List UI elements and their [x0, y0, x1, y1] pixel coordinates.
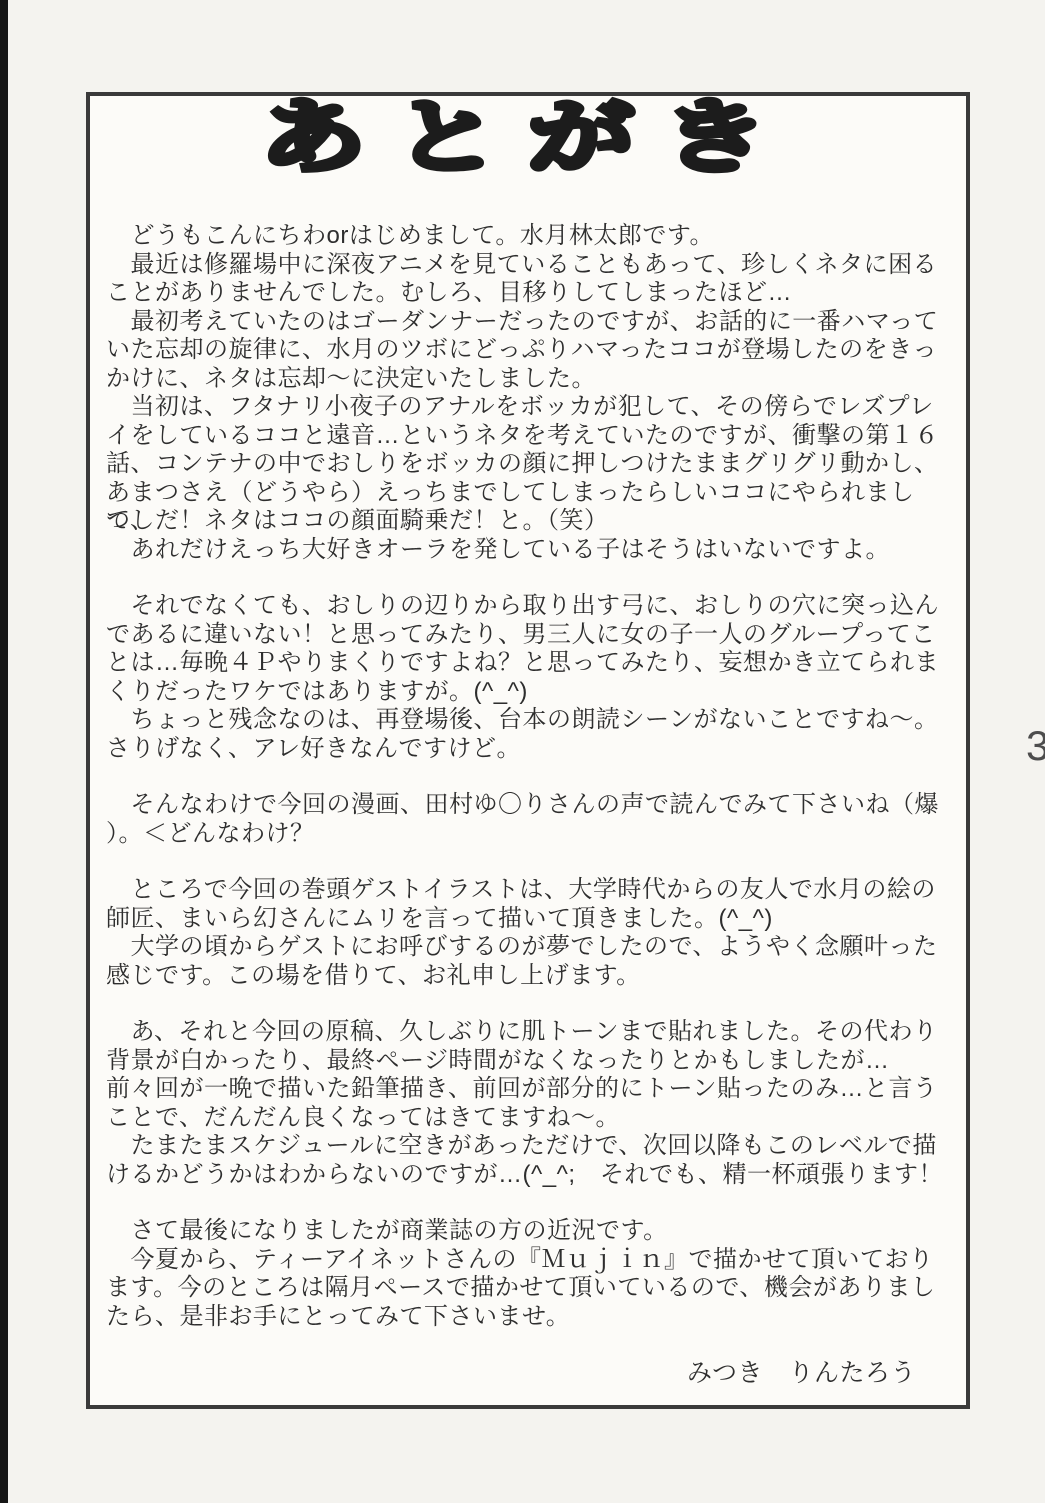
- text-line: かけに、ネタは忘却〜に決定いたしました。: [106, 365, 958, 394]
- text-line: さりげなく、アレ好きなんですけど。: [106, 735, 958, 764]
- afterword-paragraph: ところで今回の巻頭ゲストイラストは、大学時代からの友人で水月の絵の 師匠、まいら…: [106, 876, 958, 990]
- afterword-paragraph: それでなくても、おしりの辺りから取り出す弓に、おしりの穴に突っ込ん であるに違い…: [106, 592, 958, 763]
- text-line: つしだ！ネタはココの顔面騎乗だ！と。（笑）: [106, 507, 958, 536]
- afterword-paragraph: そんなわけで今回の漫画、田村ゆ〇りさんの声で読んでみて下さいね（爆 ）。＜どんな…: [106, 791, 958, 848]
- text-line: あれだけえっち大好きオーラを発している子はそうはいないですよ。: [106, 536, 958, 565]
- text-line: 背景が白かったり、最終ページ時間がなくなったりとかもしましたが…: [106, 1047, 958, 1076]
- afterword-paragraph: あ、それと今回の原稿、久しぶりに肌トーンまで貼れました。その代わり 背景が白かっ…: [106, 1018, 958, 1189]
- text-line: とは…毎晩４Ｐやりまくりですよね？と思ってみたり、妄想かき立てられま: [106, 649, 958, 678]
- text-line: あまつさえ（どうやら）えっちまでしてしまったらしいココにやられまして、: [106, 479, 958, 508]
- text-line: ところで今回の巻頭ゲストイラストは、大学時代からの友人で水月の絵の: [106, 876, 958, 905]
- text-line: 大学の頃からゲストにお呼びするのが夢でしたので、ようやく念願叶った: [106, 933, 958, 962]
- text-line: 感じです。この場を借りて、お礼申し上げます。: [106, 962, 958, 991]
- text-line: 話、コンテナの中でおしりをボッカの顔に押しつけたままグリグリ動かし、: [106, 450, 958, 479]
- text-line: たら、是非お手にとってみて下さいませ。: [106, 1303, 958, 1332]
- text-line: ）。＜どんなわけ？: [106, 820, 958, 849]
- afterword-frame: あとがき どうもこんにちわorはじめまして。水月林太郎です。 最近は修羅場中に深…: [86, 92, 970, 1409]
- text-line: ちょっと残念なのは、再登場後、台本の朗読シーンがないことですね〜。: [106, 706, 958, 735]
- text-line: 前々回が一晩で描いた鉛筆描き、前回が部分的にトーン貼ったのみ…と言う: [106, 1075, 958, 1104]
- text-line: 最初考えていたのはゴーダンナーだったのですが、お話的に一番ハマって: [106, 308, 958, 337]
- text-line: それでなくても、おしりの辺りから取り出す弓に、おしりの穴に突っ込ん: [106, 592, 958, 621]
- text-line: 当初は、フタナリ小夜子のアナルをボッカが犯して、その傍らでレズプレ: [106, 393, 958, 422]
- text-line: さて最後になりましたが商業誌の方の近況です。: [106, 1217, 958, 1246]
- text-line: ことで、だんだん良くなってはきてますね〜。: [106, 1104, 958, 1133]
- page-number: 3: [1026, 722, 1045, 770]
- text-line: たまたまスケジュールに空きがあっただけで、次回以降もこのレベルで描: [106, 1132, 958, 1161]
- text-line: どうもこんにちわorはじめまして。水月林太郎です。: [106, 222, 958, 251]
- text-line: ことがありませんでした。むしろ、目移りしてしまったほど…: [106, 279, 958, 308]
- text-line: イをしているココと遠音…というネタを考えていたのですが、衝撃の第１６: [106, 422, 958, 451]
- text-line: 最近は修羅場中に深夜アニメを見ていることもあって、珍しくネタに困る: [106, 251, 958, 280]
- author-signature: みつき りんたろう: [106, 1359, 958, 1388]
- text-line: ます。今のところは隔月ペースで描かせて頂いているので、機会がありまし: [106, 1274, 958, 1303]
- text-line: いた忘却の旋律に、水月のツボにどっぷりハマったココが登場したのをきっ: [106, 336, 958, 365]
- scanned-page: { "page": { "title": "あとがき", "paragraphs…: [0, 0, 1045, 1503]
- text-line: そんなわけで今回の漫画、田村ゆ〇りさんの声で読んでみて下さいね（爆: [106, 791, 958, 820]
- text-line: くりだったワケではありますが。(^_^): [106, 678, 958, 707]
- text-line: であるに違いない！と思ってみたり、男三人に女の子一人のグループってこ: [106, 621, 958, 650]
- afterword-paragraph: どうもこんにちわorはじめまして。水月林太郎です。 最近は修羅場中に深夜アニメを…: [106, 222, 958, 564]
- text-line: 師匠、まいら幻さんにムリを言って描いて頂きました。(^_^): [106, 905, 958, 934]
- afterword-body: どうもこんにちわorはじめまして。水月林太郎です。 最近は修羅場中に深夜アニメを…: [106, 222, 958, 1388]
- page-title: あとがき: [90, 98, 966, 177]
- scan-edge-strip: [0, 0, 8, 1503]
- text-line: 今夏から、ティーアイネットさんの『Ｍｕｊｉｎ』で描かせて頂いており: [106, 1246, 958, 1275]
- text-line: けるかどうかはわからないのですが…(^_^; それでも、精一杯頑張ります！: [106, 1161, 958, 1190]
- afterword-paragraph: さて最後になりましたが商業誌の方の近況です。 今夏から、ティーアイネットさんの『…: [106, 1217, 958, 1331]
- text-line: あ、それと今回の原稿、久しぶりに肌トーンまで貼れました。その代わり: [106, 1018, 958, 1047]
